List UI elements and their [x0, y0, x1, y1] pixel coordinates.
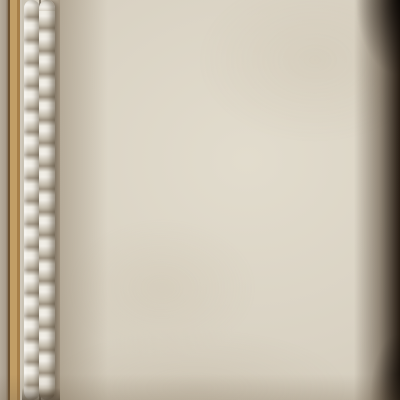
manuscript-page — [60, 0, 400, 400]
spine-gutter-panel — [22, 0, 60, 400]
initial-indent-spacer — [103, 189, 161, 227]
sewing-cord-right — [39, 0, 55, 400]
text-block-prologue — [103, 189, 399, 400]
sewing-cord-left — [24, 0, 40, 400]
manuscript-photo — [0, 0, 400, 400]
book-outer-edge — [0, 0, 8, 400]
book-board-edge — [8, 0, 22, 400]
text-block-upper — [103, 0, 399, 153]
